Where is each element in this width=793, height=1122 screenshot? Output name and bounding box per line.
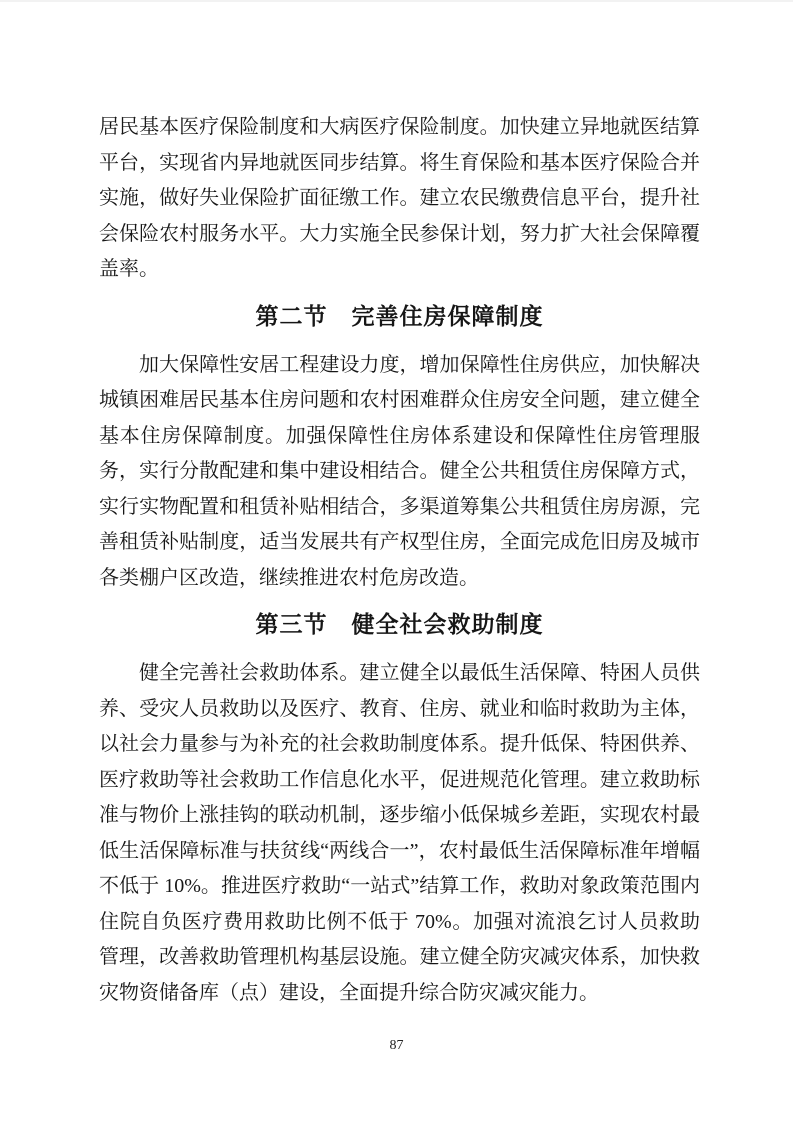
section-heading-housing-security: 第二节 完善住房保障制度 <box>99 299 700 335</box>
document-page: 居民基本医疗保险制度和大病医疗保险制度。加快建立异地就医结算平台，实现省内异地就… <box>0 0 793 1122</box>
paragraph-housing-security: 加大保障性安居工程建设力度，增加保障性住房供应，加快解决城镇困难居民基本住房问题… <box>99 348 700 597</box>
page-number: 87 <box>0 1038 793 1054</box>
paragraph-social-assistance: 健全完善社会救助体系。建立健全以最低生活保障、特困人员供养、受灾人员救助以及医疗… <box>99 656 700 1011</box>
section-heading-social-assistance: 第三节 健全社会救助制度 <box>99 607 700 643</box>
paragraph-social-insurance-continuation: 居民基本医疗保险制度和大病医疗保险制度。加快建立异地就医结算平台，实现省内异地就… <box>99 110 700 288</box>
